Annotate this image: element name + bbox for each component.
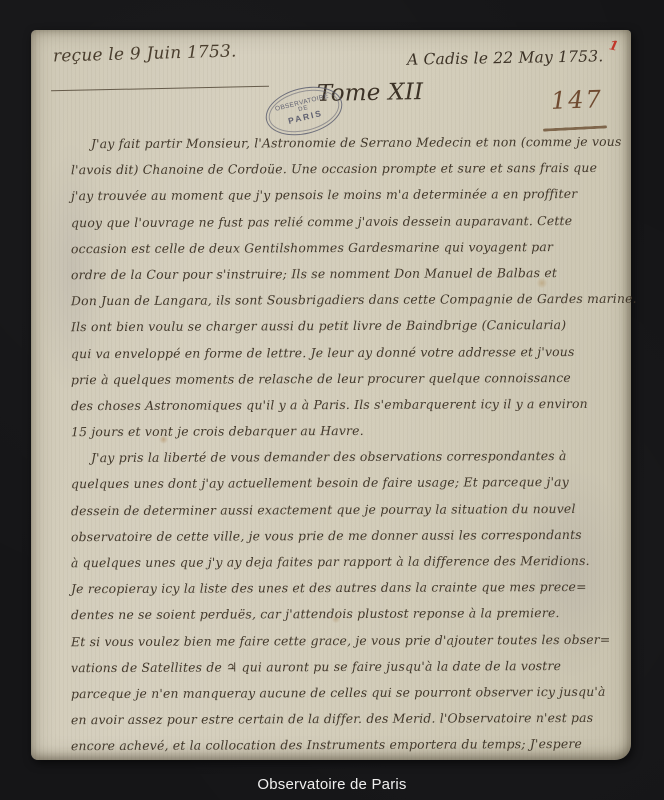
letter-line: dentes ne se soient perduës, car j'atten…	[71, 600, 623, 629]
letter-line: occasion est celle de deux Gentilshommes…	[71, 234, 623, 263]
letter-line: parceque je n'en manqueray aucune de cel…	[71, 679, 623, 708]
letter-dateline: A Cadis le 22 May 1753.	[406, 47, 603, 68]
letter-line: des choses Astronomiques qu'il y a à Par…	[71, 391, 623, 420]
letter-line: vations de Satellites de ♃ qui auront pu…	[71, 653, 623, 682]
letter-line: Je recopieray icy la liste des unes et d…	[71, 574, 623, 603]
received-date-note: reçue le 9 Juin 1753.	[53, 41, 237, 66]
letter-line: quoy que l'ouvrage ne fust pas relié com…	[71, 207, 623, 236]
letter-line: 15 jours et vont je crois debarquer au H…	[71, 417, 623, 446]
letter-line: encore achevé, et la collocation des Ins…	[71, 731, 623, 760]
letter-line: Don Juan de Langara, ils sont Sousbrigad…	[71, 286, 623, 315]
letter-line: qui va enveloppé en forme de lettre. Je …	[71, 338, 623, 367]
letter-line: J'ay fait partir Monsieur, l'Astronomie …	[71, 129, 623, 158]
letter-line: dessein de determiner aussi exactement q…	[71, 495, 623, 524]
stamp-text-bottom: PARIS	[287, 109, 324, 127]
received-note-underline	[51, 86, 269, 92]
letter-line: ordre de la Cour pour s'instruire; Ils s…	[71, 260, 623, 289]
letter-line: en avoir assez pour estre certain de la …	[71, 705, 623, 734]
stamp-text-top: OBSERVATOIRE	[274, 93, 329, 114]
letter-line: quelques unes dont j'ay actuellement bes…	[71, 469, 623, 498]
manuscript-page: reçue le 9 Juin 1753. A Cadis le 22 May …	[31, 30, 631, 760]
stamp-text-middle: DE	[298, 105, 310, 114]
letter-line: l'avois dit) Chanoine de Cordoüe. Une oc…	[71, 155, 623, 184]
letter-line: J'ay pris la liberté de vous demander de…	[71, 443, 623, 472]
letter-line: Ils ont bien voulu se charger aussi du p…	[71, 312, 623, 341]
letter-body: J'ay fait partir Monsieur, l'Astronomie …	[71, 130, 623, 759]
letter-line: j'ay trouvée au moment que j'y pensois l…	[71, 181, 623, 210]
red-numbering-mark: 1	[608, 38, 620, 55]
letter-line: prie à quelques moments de relasche de l…	[71, 364, 623, 393]
folio-number: 147	[551, 85, 604, 115]
photo-caption: Observatoire de Paris	[0, 776, 664, 793]
letter-line: Et si vous voulez bien me faire cette gr…	[71, 626, 623, 655]
letter-line: à quelques unes que j'y ay deja faites p…	[71, 548, 623, 577]
letter-line: observatoire de cette ville, je vous pri…	[71, 522, 623, 551]
